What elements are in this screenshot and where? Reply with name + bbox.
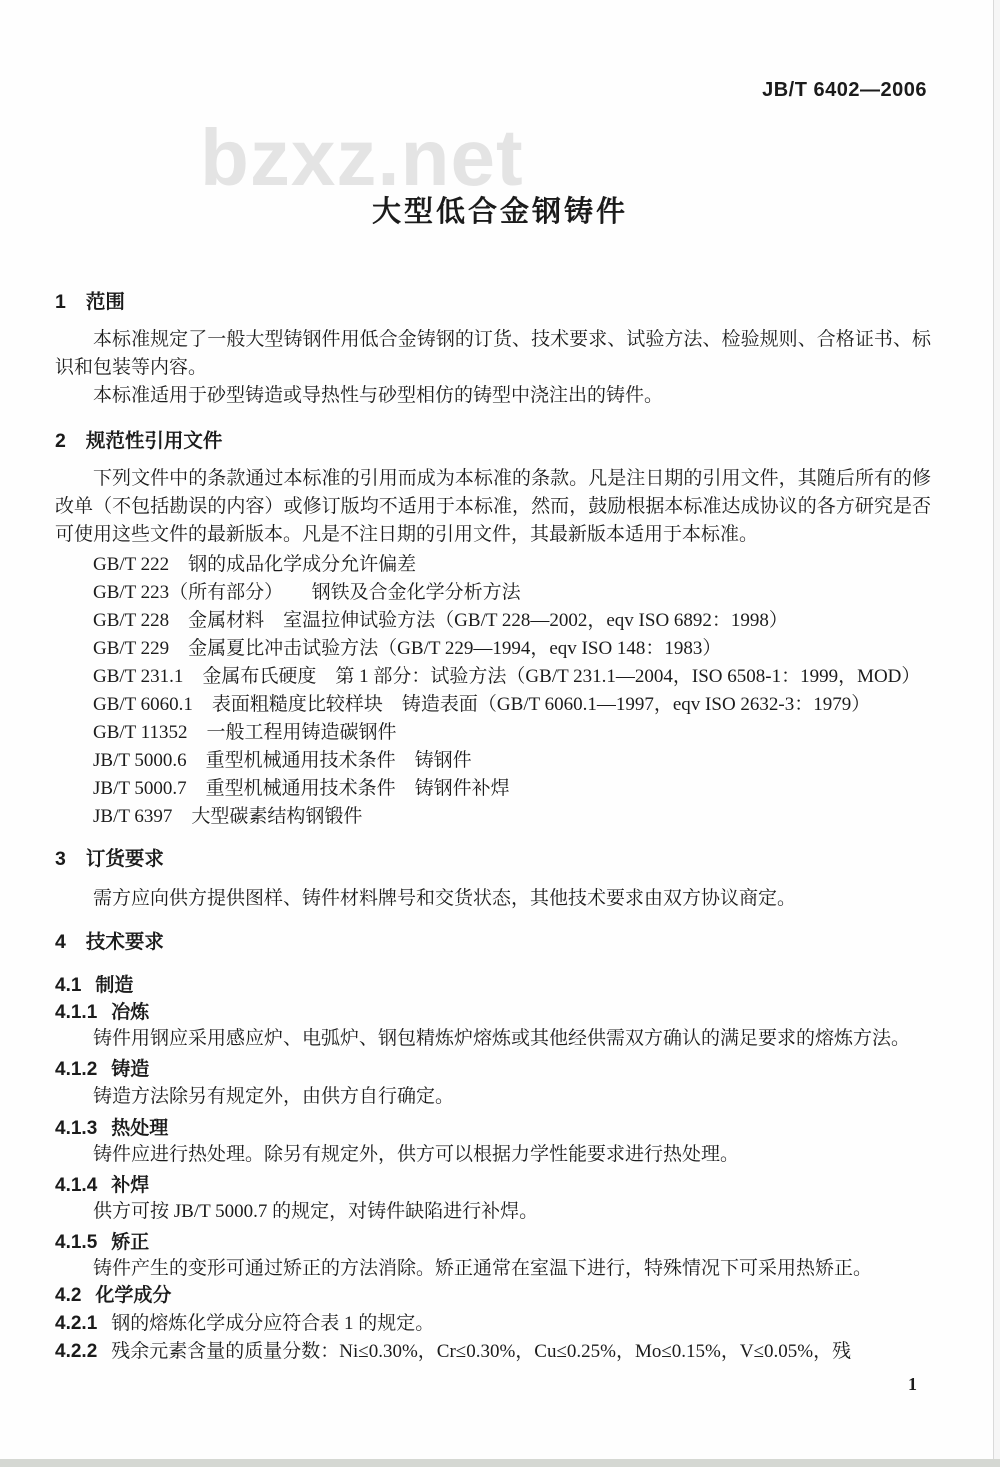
clause-4-2-2-number: 4.2.2 [55, 1341, 97, 1362]
clause-4-1-3-paragraph: 铸件应进行热处理。除另有规定外，供方可以根据力学性能要求进行热处理。 [55, 1141, 931, 1169]
clause-4-2-heading: 4.2化学成分 [55, 1282, 931, 1310]
section-2-number: 2 [55, 430, 66, 452]
reference-item: JB/T 5000.7 重型机械通用技术条件 铸钢件补焊 [55, 775, 931, 803]
clause-4-2-1-line: 4.2.1钢的熔炼化学成分应符合表 1 的规定。 [55, 1310, 931, 1338]
clause-4-1-3-heading: 4.1.3热处理 [55, 1115, 931, 1143]
clause-4-1-2-heading: 4.1.2铸造 [55, 1056, 931, 1084]
clause-4-1-5-heading: 4.1.5矫正 [55, 1229, 931, 1257]
section-4-number: 4 [55, 931, 66, 953]
scan-bottom-edge [0, 1459, 1000, 1467]
section-1-paragraph-1: 本标准规定了一般大型铸钢件用低合金铸钢的订货、技术要求、试验方法、检验规则、合格… [55, 326, 931, 382]
document-title: 大型低合金钢铸件 [0, 196, 1000, 228]
page-number: 1 [908, 1374, 917, 1395]
section-3-number: 3 [55, 848, 66, 870]
clause-4-1-4-heading: 4.1.4补焊 [55, 1172, 931, 1200]
section-2-title: 规范性引用文件 [86, 430, 223, 452]
section-4-heading: 4技术要求 [55, 928, 931, 956]
clause-4-1-4-paragraph: 供方可按 JB/T 5000.7 的规定，对铸件缺陷进行补焊。 [55, 1198, 931, 1226]
clause-4-1-1-title: 冶炼 [111, 1002, 149, 1023]
reference-item: GB/T 229 金属夏比冲击试验方法（GB/T 229—1994，eqv IS… [55, 635, 931, 663]
standard-number: JB/T 6402—2006 [762, 79, 927, 102]
reference-item: GB/T 11352 一般工程用铸造碳钢件 [55, 719, 931, 747]
clause-4-1-5-title: 矫正 [111, 1232, 149, 1253]
section-1-title: 范围 [86, 291, 125, 313]
reference-item: JB/T 5000.6 重型机械通用技术条件 铸钢件 [55, 747, 931, 775]
reference-item: GB/T 223（所有部分） 钢铁及合金化学分析方法 [55, 579, 931, 607]
reference-item: GB/T 222 钢的成品化学成分允许偏差 [55, 551, 931, 579]
reference-item: JB/T 6397 大型碳素结构钢锻件 [55, 803, 931, 831]
clause-4-1-5-number: 4.1.5 [55, 1232, 97, 1253]
section-1-paragraph-2: 本标准适用于砂型铸造或导热性与砂型相仿的铸型中浇注出的铸件。 [55, 382, 931, 410]
reference-item: GB/T 228 金属材料 室温拉伸试验方法（GB/T 228—2002，eqv… [55, 607, 931, 635]
section-3-title: 订货要求 [86, 848, 164, 870]
clause-4-1-2-paragraph: 铸造方法除另有规定外，由供方自行确定。 [55, 1083, 931, 1111]
clause-4-1-2-title: 铸造 [111, 1059, 149, 1080]
reference-item: GB/T 6060.1 表面粗糙度比较样块 铸造表面（GB/T 6060.1—1… [55, 691, 931, 719]
watermark-text: bzxz.net [200, 118, 524, 198]
clause-4-2-2-line: 4.2.2残余元素含量的质量分数：Ni≤0.30%，Cr≤0.30%，Cu≤0.… [55, 1338, 931, 1366]
section-1-number: 1 [55, 291, 66, 313]
clause-4-2-1-number: 4.2.1 [55, 1313, 97, 1334]
clause-4-1-1-number: 4.1.1 [55, 1002, 97, 1023]
clause-4-1-1-paragraph: 铸件用钢应采用感应炉、电弧炉、钢包精炼炉熔炼或其他经供需双方确认的满足要求的熔炼… [55, 1025, 931, 1053]
reference-item: GB/T 231.1 金属布氏硬度 第 1 部分：试验方法（GB/T 231.1… [55, 663, 931, 691]
section-1-heading: 1范围 [55, 288, 931, 316]
clause-4-1-5-paragraph: 铸件产生的变形可通过矫正的方法消除。矫正通常在室温下进行，特殊情况下可采用热矫正… [55, 1255, 931, 1283]
section-2-intro: 下列文件中的条款通过本标准的引用而成为本标准的条款。凡是注日期的引用文件，其随后… [55, 465, 931, 549]
clause-4-1-heading: 4.1制造 [55, 972, 931, 1000]
reference-list: GB/T 222 钢的成品化学成分允许偏差 GB/T 223（所有部分） 钢铁及… [55, 551, 931, 831]
section-3-heading: 3订货要求 [55, 845, 931, 873]
clause-4-2-number: 4.2 [55, 1285, 81, 1306]
clause-4-1-4-number: 4.1.4 [55, 1175, 97, 1196]
section-2-heading: 2规范性引用文件 [55, 427, 931, 455]
clause-4-1-title: 制造 [95, 975, 133, 996]
clause-4-1-3-number: 4.1.3 [55, 1118, 97, 1139]
document-page: JB/T 6402—2006 bzxz.net 大型低合金钢铸件 1范围 本标准… [0, 0, 1000, 1467]
section-3-paragraph-1: 需方应向供方提供图样、铸件材料牌号和交货状态，其他技术要求由双方协议商定。 [55, 885, 931, 913]
clause-4-1-number: 4.1 [55, 975, 81, 996]
clause-4-1-3-title: 热处理 [111, 1118, 168, 1139]
clause-4-2-2-text: 残余元素含量的质量分数：Ni≤0.30%，Cr≤0.30%，Cu≤0.25%，M… [111, 1341, 851, 1362]
clause-4-1-2-number: 4.1.2 [55, 1059, 97, 1080]
section-4-title: 技术要求 [86, 931, 164, 953]
clause-4-1-4-title: 补焊 [111, 1175, 149, 1196]
clause-4-1-1-heading: 4.1.1冶炼 [55, 999, 931, 1027]
clause-4-2-1-text: 钢的熔炼化学成分应符合表 1 的规定。 [111, 1313, 434, 1334]
clause-4-2-title: 化学成分 [95, 1285, 171, 1306]
